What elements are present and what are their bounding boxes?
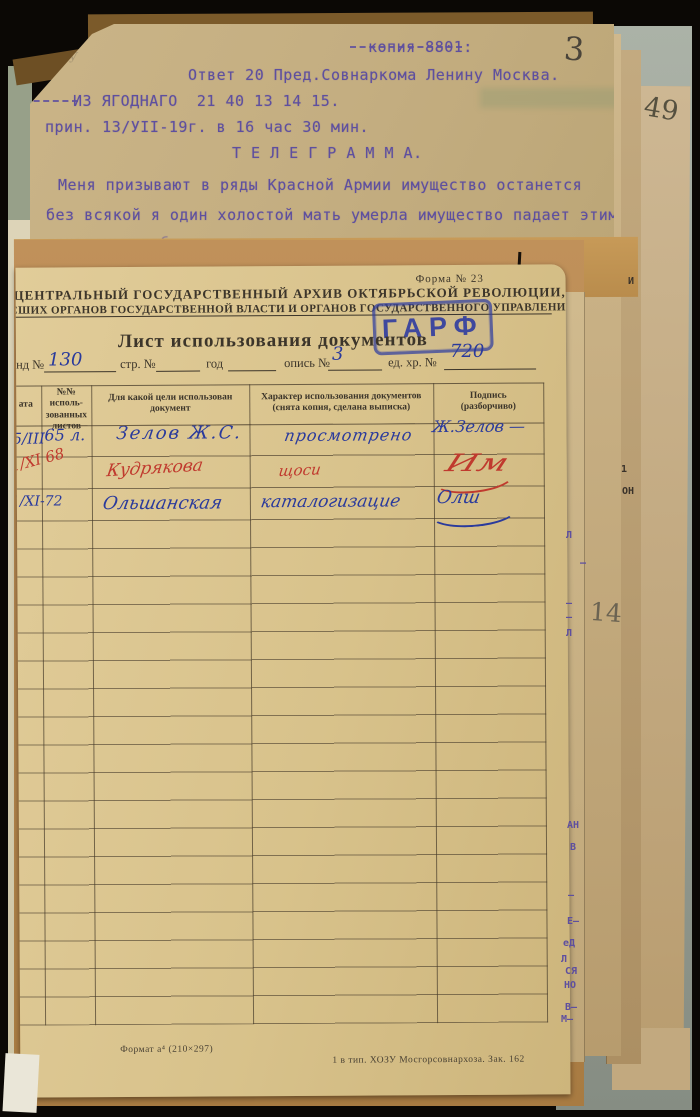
- edge-letter-fragment: …: [580, 556, 586, 567]
- item-label: ед. хр. №: [388, 355, 437, 370]
- archival-scan: ЧГУ копия 8801: Ответ 20 Пред.Совнаркома…: [0, 0, 700, 1117]
- fond-label: нд №: [16, 358, 44, 373]
- edge-letter-fragment: ОН: [622, 486, 634, 497]
- dashed-underline: [350, 46, 462, 48]
- blank-line: [228, 358, 276, 371]
- blank-line: [156, 359, 200, 372]
- blank-line: [44, 359, 116, 372]
- entry-date: 5/ІІІ: [15, 430, 44, 448]
- pencil-page-number: 14: [589, 597, 623, 628]
- edge-letter-fragment: Е–: [567, 916, 579, 927]
- blank-line: [328, 357, 382, 370]
- paper-corner: [3, 1053, 40, 1113]
- form-footer-printer: 1 в тип. ХОЗУ Мосгорсовнархоза. Зак. 162: [332, 1055, 525, 1066]
- edge-letter-fragment: Л: [566, 628, 572, 639]
- edge-letter-fragment: Л: [566, 530, 572, 541]
- telegram-heading: Т Е Л Е Г Р А М М А.: [232, 144, 423, 162]
- form-number: Форма № 23: [416, 273, 484, 285]
- edge-letter-fragment: М–: [561, 1014, 573, 1025]
- telegram-address-line: Ответ 20 Пред.Совнаркома Ленину Москва.: [188, 66, 560, 84]
- col-header-date: ата: [15, 400, 41, 412]
- telegram-received-line: прин. 13/УII-19г. в 16 час 30 мин.: [45, 118, 369, 136]
- opis-label: опись №: [284, 356, 330, 371]
- edge-letter-fragment: В–: [565, 1002, 577, 1013]
- entry-date: 1/ХІ-72: [15, 493, 62, 509]
- edge-letter-fragment: –: [568, 890, 574, 901]
- col-header-usage: Характер использования документов (снята…: [249, 391, 433, 415]
- entry-usage: щоси: [278, 460, 323, 480]
- usage-form-page: Форма № 23 ЦЕНТРАЛЬНЫЙ ГОСУДАРСТВЕННЫЙ А…: [15, 264, 570, 1097]
- pencil-page-number: 3: [563, 29, 586, 68]
- edge-letter-fragment: СЯ: [565, 966, 577, 977]
- edge-letter-fragment: –: [566, 612, 572, 623]
- edge-letter-fragment: В: [570, 842, 576, 853]
- edge-letter-fragment: Л: [561, 954, 567, 965]
- telegram-origin-line: ИЗ ЯГОДНАГО 21 40 13 14 15.: [73, 92, 340, 110]
- dashed-underline: [24, 100, 78, 102]
- edge-letter-fragment: И: [628, 276, 634, 287]
- telegram-body-line: Меня призывают в ряды Красной Армии имущ…: [58, 176, 582, 194]
- table-line: [15, 382, 544, 386]
- year-label: год: [206, 356, 223, 371]
- entry-signature: Ж.Зелов —: [431, 417, 526, 437]
- entry-usage: каталогизацие: [259, 491, 402, 512]
- edge-letter-fragment: АН: [567, 820, 579, 831]
- edge-letter-fragment: 1: [621, 464, 627, 475]
- entry-purpose: Зелов Ж.С.: [115, 422, 244, 444]
- pencil-page-number: 49: [642, 91, 681, 127]
- page-label: стр. №: [120, 357, 156, 372]
- entry-purpose: Ольшанская: [101, 492, 224, 514]
- entry-sheets: 65 л.: [44, 425, 85, 444]
- edge-letter-fragment: НО: [564, 980, 576, 991]
- edge-letter-fragment: –: [566, 598, 572, 609]
- blank-line: [444, 357, 536, 371]
- edge-letter-fragment: еД: [563, 938, 575, 949]
- col-header-signature: Подпись (разборчиво): [433, 390, 543, 413]
- paper-edge-strip: [8, 66, 32, 226]
- telegram-body-line: без всякой я один холостой мать умерла и…: [46, 206, 618, 224]
- col-header-purpose: Для какой цели использован документ: [91, 392, 249, 416]
- entry-usage: просмотрено: [283, 425, 414, 445]
- form-footer-format: Формат а⁴ (210×297): [120, 1044, 213, 1055]
